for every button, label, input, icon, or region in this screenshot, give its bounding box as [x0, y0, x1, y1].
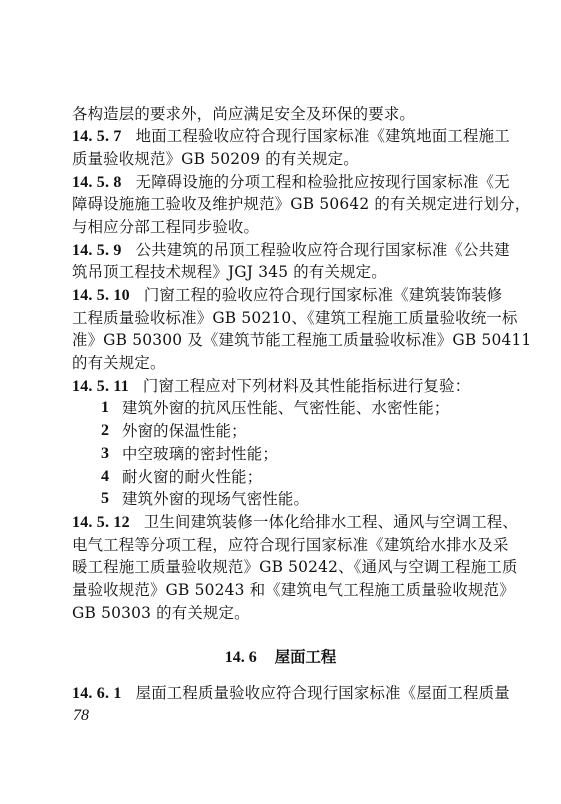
text-line: 的有关规定。: [72, 352, 476, 374]
line-text: 与相应分部工程同步验收。: [72, 218, 259, 236]
line-text: 暖工程施工质量验收规范》GB 50242、《通风与空调工程施工质: [72, 558, 518, 576]
line-text: 准》GB 50300 及《建筑节能工程施工质量验收标准》GB 50411: [72, 331, 531, 349]
clause-number: 14. 5. 11: [72, 378, 129, 395]
clause-number: 14. 5. 8: [72, 174, 122, 191]
clause-text: 卫生间建筑装修一体化给排水工程、通风与空调工程、: [144, 513, 518, 531]
clause-text: 门窗工程的验收应符合现行国家标准《建筑装饰装修: [144, 286, 503, 304]
list-item-text: 耐火窗的耐火性能；: [122, 466, 262, 488]
clause-14-6-1: 14. 6. 1屋面工程质量验收应符合现行国家标准《屋面工程质量: [72, 682, 476, 705]
line-text: 筑吊顶工程技术规程》JGJ 345 的有关规定。: [72, 263, 387, 281]
list-item-text: 中空玻璃的密封性能；: [122, 443, 278, 465]
text-line: 与相应分部工程同步验收。: [72, 216, 476, 238]
section-title: 屋面工程: [275, 648, 337, 666]
list-item-text: 建筑外窗的现场气密性能。: [122, 488, 309, 510]
text-line: 各构造层的要求外，尚应满足安全及环保的要求。: [72, 103, 476, 125]
section-number: 14. 6: [225, 649, 257, 666]
text-line: 准》GB 50300 及《建筑节能工程施工质量验收标准》GB 50411: [72, 329, 476, 351]
clause-text: 无障碍设施的分项工程和检验批应按现行国家标准《无: [136, 173, 510, 191]
clause-text: 屋面工程质量验收应符合现行国家标准《屋面工程质量: [136, 684, 510, 702]
line-text: GB 50303 的有关规定。: [72, 604, 250, 622]
text-line: 障碍设施施工验收及维护规范》GB 50642 的有关规定进行划分，: [72, 193, 476, 215]
line-text: 质量验收规范》GB 50209 的有关规定。: [72, 150, 359, 168]
text-line: GB 50303 的有关规定。: [72, 602, 476, 624]
text-line: 工程质量验收标准》GB 50210、《建筑工程施工质量验收统一标: [72, 307, 476, 329]
clause-number: 14. 5. 9: [72, 242, 122, 259]
list-item-text: 建筑外窗的抗风压性能、气密性能、水密性能；: [122, 397, 449, 419]
list-item-number: 5: [101, 488, 109, 510]
clause-14-5-11: 14. 5. 11门窗工程应对下列材料及其性能指标进行复验：: [72, 375, 476, 398]
line-text: 的有关规定。: [72, 354, 166, 372]
line-text: 工程质量验收标准》GB 50210、《建筑工程施工质量验收统一标: [72, 309, 518, 327]
page-number: 78: [73, 706, 89, 726]
section-heading: 14. 6屋面工程: [0, 646, 561, 669]
line-text: 量验收规范》GB 50243 和《建筑电气工程施工质量验收规范》: [72, 581, 515, 599]
clause-number: 14. 5. 12: [72, 514, 130, 531]
clause-text: 地面工程验收应符合现行国家标准《建筑地面工程施工: [136, 127, 510, 145]
clause-14-5-12: 14. 5. 12卫生间建筑装修一体化给排水工程、通风与空调工程、: [72, 511, 476, 534]
list-item-text: 外窗的保温性能；: [122, 420, 247, 442]
list-item-number: 3: [101, 443, 109, 465]
text-line: 质量验收规范》GB 50209 的有关规定。: [72, 148, 476, 170]
clause-text: 门窗工程应对下列材料及其性能指标进行复验：: [143, 377, 470, 395]
clause-14-5-10: 14. 5. 10门窗工程的验收应符合现行国家标准《建筑装饰装修: [72, 284, 476, 307]
clause-14-5-8: 14. 5. 8无障碍设施的分项工程和检验批应按现行国家标准《无: [72, 171, 476, 194]
clause-number: 14. 5. 10: [72, 287, 130, 304]
line-text: 各构造层的要求外，尚应满足安全及环保的要求。: [72, 105, 415, 123]
list-item-number: 2: [101, 420, 109, 442]
line-text: 电气工程等分项工程，应符合现行国家标准《建筑给水排水及采: [72, 536, 509, 554]
text-line: 暖工程施工质量验收规范》GB 50242、《通风与空调工程施工质: [72, 556, 476, 578]
clause-14-5-7: 14. 5. 7地面工程验收应符合现行国家标准《建筑地面工程施工: [72, 125, 476, 148]
text-line: 量验收规范》GB 50243 和《建筑电气工程施工质量验收规范》: [72, 579, 476, 601]
clause-14-5-9: 14. 5. 9公共建筑的吊顶工程验收应符合现行国家标准《公共建: [72, 239, 476, 262]
line-text: 障碍设施施工验收及维护规范》GB 50642 的有关规定进行划分，: [72, 195, 530, 213]
document-page: 各构造层的要求外，尚应满足安全及环保的要求。 14. 5. 7地面工程验收应符合…: [0, 0, 561, 804]
list-item-number: 4: [101, 466, 109, 488]
list-item-number: 1: [101, 397, 109, 419]
clause-number: 14. 5. 7: [72, 128, 122, 145]
text-line: 筑吊顶工程技术规程》JGJ 345 的有关规定。: [72, 261, 476, 283]
clause-text: 公共建筑的吊顶工程验收应符合现行国家标准《公共建: [136, 241, 510, 259]
clause-number: 14. 6. 1: [72, 685, 122, 702]
text-line: 电气工程等分项工程，应符合现行国家标准《建筑给水排水及采: [72, 534, 476, 556]
